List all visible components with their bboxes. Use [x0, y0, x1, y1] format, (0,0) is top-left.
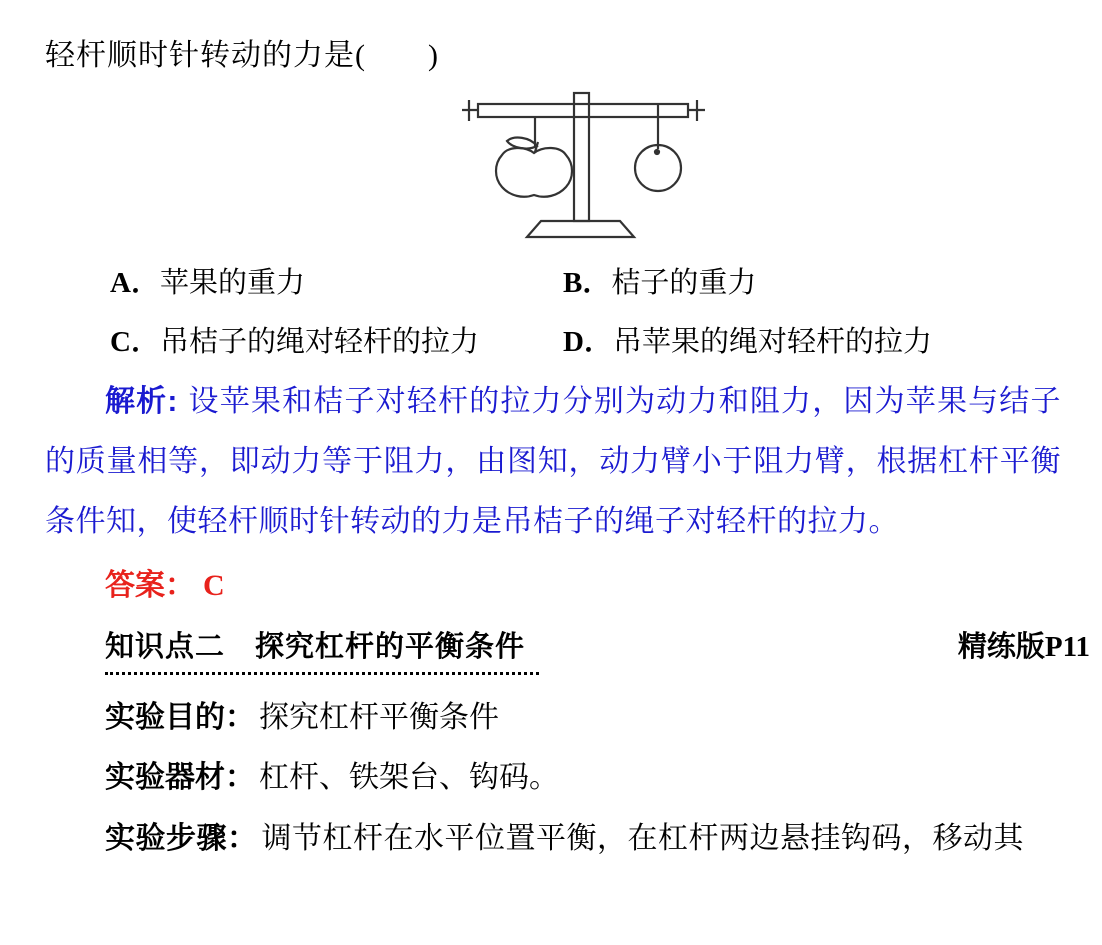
lever-beam — [478, 104, 688, 117]
document-page: 轻杆顺时针转动的力是( ) A．苹果的重力 B．桔子的重力 — [0, 0, 1102, 945]
option-d-letter: D． — [563, 326, 613, 358]
answer-label: 答案： — [105, 569, 195, 602]
option-c: C．吊桔子的绳对轻杆的拉力 — [110, 319, 479, 360]
analysis-label: 解析: — [105, 385, 178, 418]
option-b-letter: B． — [563, 267, 611, 299]
experiment-purpose-label: 实验目的： — [105, 701, 255, 734]
option-b-text: 桔子的重力 — [611, 267, 756, 299]
orange-stem-dot — [655, 150, 659, 154]
stand-base — [527, 221, 634, 237]
option-a-text: 苹果的重力 — [160, 267, 305, 299]
option-c-text: 吊桔子的绳对轻杆的拉力 — [160, 326, 479, 358]
page-reference: 精练版P11 — [958, 624, 1090, 665]
option-d-text: 吊苹果的绳对轻杆的拉力 — [613, 326, 932, 358]
balance-diagram-svg — [438, 85, 730, 248]
option-b: B．桔子的重力 — [563, 260, 756, 301]
experiment-purpose-text: 探究杠杆平衡条件 — [259, 701, 499, 734]
experiment-materials-text: 杠杆、铁架台、钩码。 — [259, 761, 559, 794]
experiment-steps-label: 实验步骤： — [105, 822, 258, 855]
analysis-paragraph: 解析:设苹果和桔子对轻杆的拉力分别为动力和阻力，因为苹果与结子的质量相等，即动力… — [45, 372, 1061, 552]
section-heading-row: 知识点二 探究杠杆的平衡条件 精练版P11 — [105, 624, 1090, 675]
analysis-text: 设苹果和桔子对轻杆的拉力分别为动力和阻力，因为苹果与结子的质量相等，即动力等于阻… — [45, 385, 1061, 538]
lever-balance-figure — [438, 85, 730, 248]
option-a: A．苹果的重力 — [110, 260, 305, 301]
option-c-letter: C． — [110, 326, 160, 358]
option-d: D．吊苹果的绳对轻杆的拉力 — [563, 319, 932, 360]
question-text: 轻杆顺时针转动的力是( ) — [45, 30, 439, 74]
support-post — [574, 93, 589, 221]
experiment-materials-label: 实验器材： — [105, 761, 255, 794]
experiment-steps-line: 实验步骤：调节杠杆在水平位置平衡，在杠杆两边悬挂钩码，移动其 — [105, 813, 1024, 857]
answer-value: C — [203, 569, 225, 602]
experiment-steps-text: 调节杠杆在水平位置平衡，在杠杆两边悬挂钩码，移动其 — [262, 822, 1025, 855]
section-heading: 知识点二 探究杠杆的平衡条件 — [105, 624, 539, 675]
apple — [496, 148, 572, 197]
apple-leaf — [507, 138, 537, 149]
answer-line: 答案：C — [105, 560, 225, 604]
experiment-materials-line: 实验器材：杠杆、铁架台、钩码。 — [105, 752, 559, 796]
experiment-purpose-line: 实验目的：探究杠杆平衡条件 — [105, 692, 499, 736]
option-a-letter: A． — [110, 267, 160, 299]
